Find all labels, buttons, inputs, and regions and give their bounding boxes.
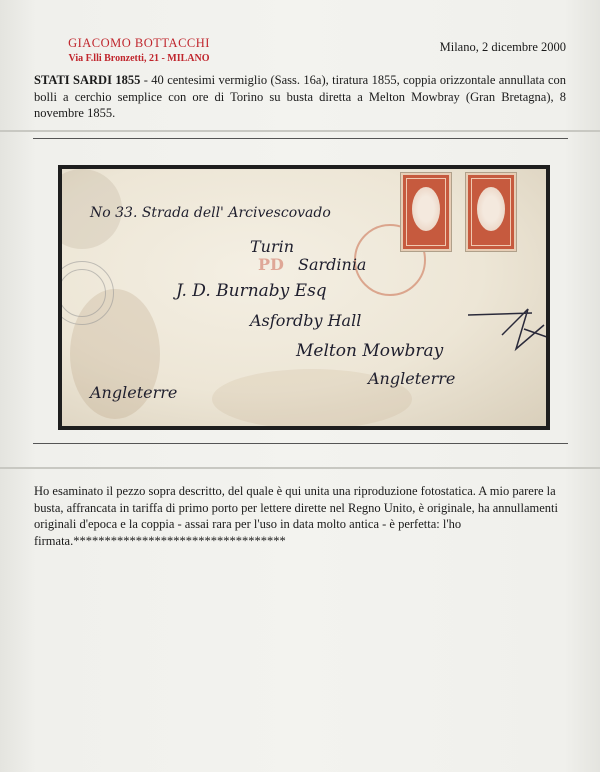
- divider: [33, 138, 568, 139]
- firm-letterhead: GIACOMO BOTTACCHI Via F.lli Bronzetti, 2…: [34, 36, 244, 64]
- stamp-1: [401, 173, 451, 251]
- address-line-7: Angleterre: [368, 369, 455, 388]
- certificate-text: Ho esaminato il pezzo sopra descritto, d…: [34, 483, 568, 549]
- address-line-3: Sardinia: [298, 255, 366, 274]
- fold-line-top: [0, 130, 600, 132]
- envelope: No 33. Strada dell' Arcivescovado Turin …: [62, 169, 546, 426]
- firm-name: GIACOMO BOTTACCHI: [34, 36, 244, 51]
- addressee: J. D. Burnaby Esq: [176, 281, 327, 301]
- address-line-5: Asfordby Hall: [250, 311, 361, 330]
- cover-photo: No 33. Strada dell' Arcivescovado Turin …: [58, 165, 550, 430]
- firm-address: Via F.lli Bronzetti, 21 - MILANO: [34, 53, 244, 64]
- address-line-2: Turin: [250, 237, 294, 256]
- certificate-sheet: GIACOMO BOTTACCHI Via F.lli Bronzetti, 2…: [0, 0, 600, 772]
- address-line-6: Melton Mowbray: [296, 341, 443, 361]
- address-line-1: No 33. Strada dell' Arcivescovado: [90, 205, 331, 221]
- fold-line-bottom: [0, 467, 600, 469]
- item-description: STATI SARDI 1855 - 40 centesimi vermigli…: [34, 72, 566, 122]
- pen-scribble: [462, 305, 546, 365]
- address-lower-left: Angleterre: [90, 383, 177, 402]
- description-title: STATI SARDI 1855: [34, 73, 140, 87]
- stamp-portrait: [477, 187, 505, 231]
- stamp-2: [466, 173, 516, 251]
- red-pd-mark: PD: [258, 255, 284, 274]
- divider: [33, 443, 568, 444]
- place-date: Milano, 2 dicembre 2000: [440, 40, 566, 55]
- stamp-portrait: [412, 187, 440, 231]
